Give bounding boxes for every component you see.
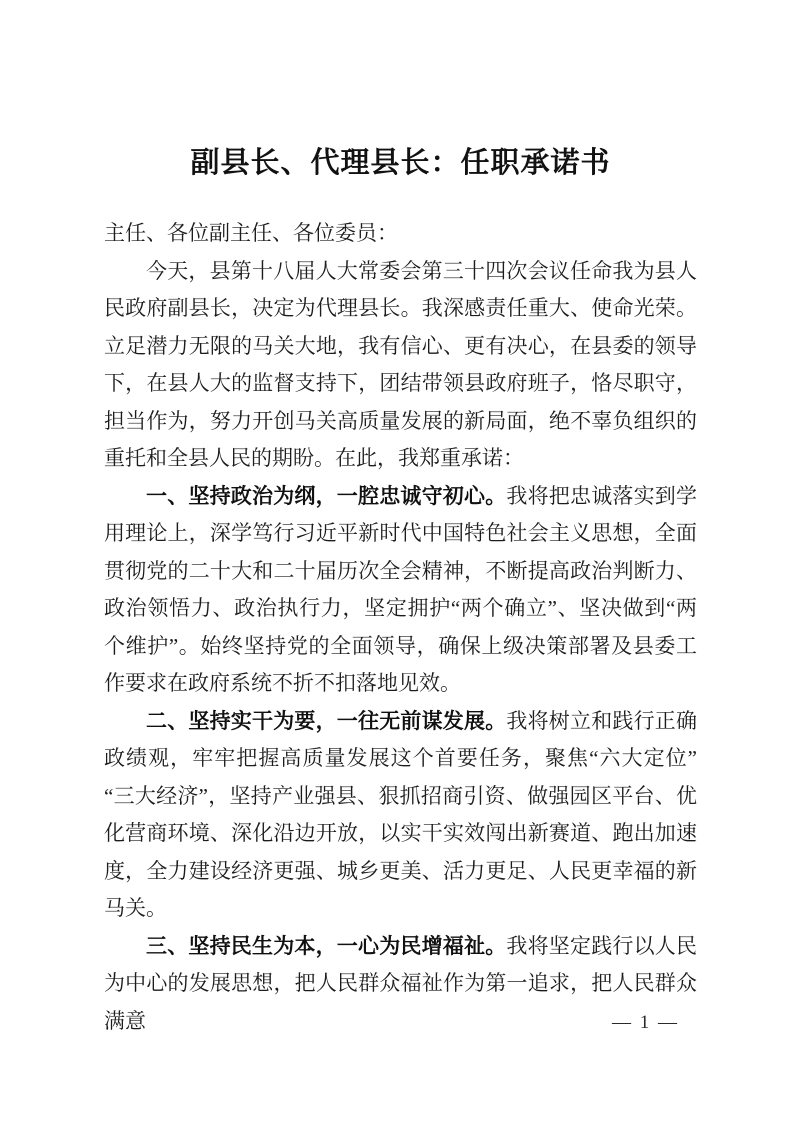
paragraph-intro: 今天，县第十八届人大常委会第三十四次会议任命我为县人民政府副县长，决定为代理县长… [104,253,697,478]
paragraph-point-2-heading: 二、坚持实干为要，一往无前谋发展。 [146,710,506,733]
paragraph-point-1-text: 我将把忠诚落实到学用理论上，深学笃行习近平新时代中国特色社会主义思想，全面贯彻党… [104,484,697,696]
paragraph-point-2: 二、坚持实干为要，一往无前谋发展。我将树立和践行正确政绩观，牢牢把握高质量发展这… [104,703,697,928]
paragraph-point-3: 三、坚持民生为本，一心为民增福祉。我将坚定践行以人民为中心的发展思想，把人民群众… [104,928,697,1041]
page-number: — 1 — [612,1010,679,1036]
paragraph-intro-text: 今天，县第十八届人大常委会第三十四次会议任命我为县人民政府副县长，决定为代理县长… [104,259,697,471]
document-title: 副县长、代理县长：任职承诺书 [104,0,697,185]
document-content: 副县长、代理县长：任职承诺书 主任、各位副主任、各位委员： 今天，县第十八届人大… [104,0,697,1040]
paragraph-point-3-heading: 三、坚持民生为本，一心为民增福祉。 [146,935,506,958]
salutation-line: 主任、各位副主任、各位委员： [104,215,697,253]
paragraph-point-1-heading: 一、坚持政治为纲，一腔忠诚守初心。 [146,485,506,508]
paragraph-point-1: 一、坚持政治为纲，一腔忠诚守初心。我将把忠诚落实到学用理论上，深学笃行习近平新时… [104,478,697,703]
paragraph-point-2-text: 我将树立和践行正确政绩观，牢牢把握高质量发展这个首要任务，聚焦“六大定位”“三大… [104,709,697,921]
document-page: 副县长、代理县长：任职承诺书 主任、各位副主任、各位委员： 今天，县第十八届人大… [0,0,793,1122]
document-body: 主任、各位副主任、各位委员： 今天，县第十八届人大常委会第三十四次会议任命我为县… [104,215,697,1040]
